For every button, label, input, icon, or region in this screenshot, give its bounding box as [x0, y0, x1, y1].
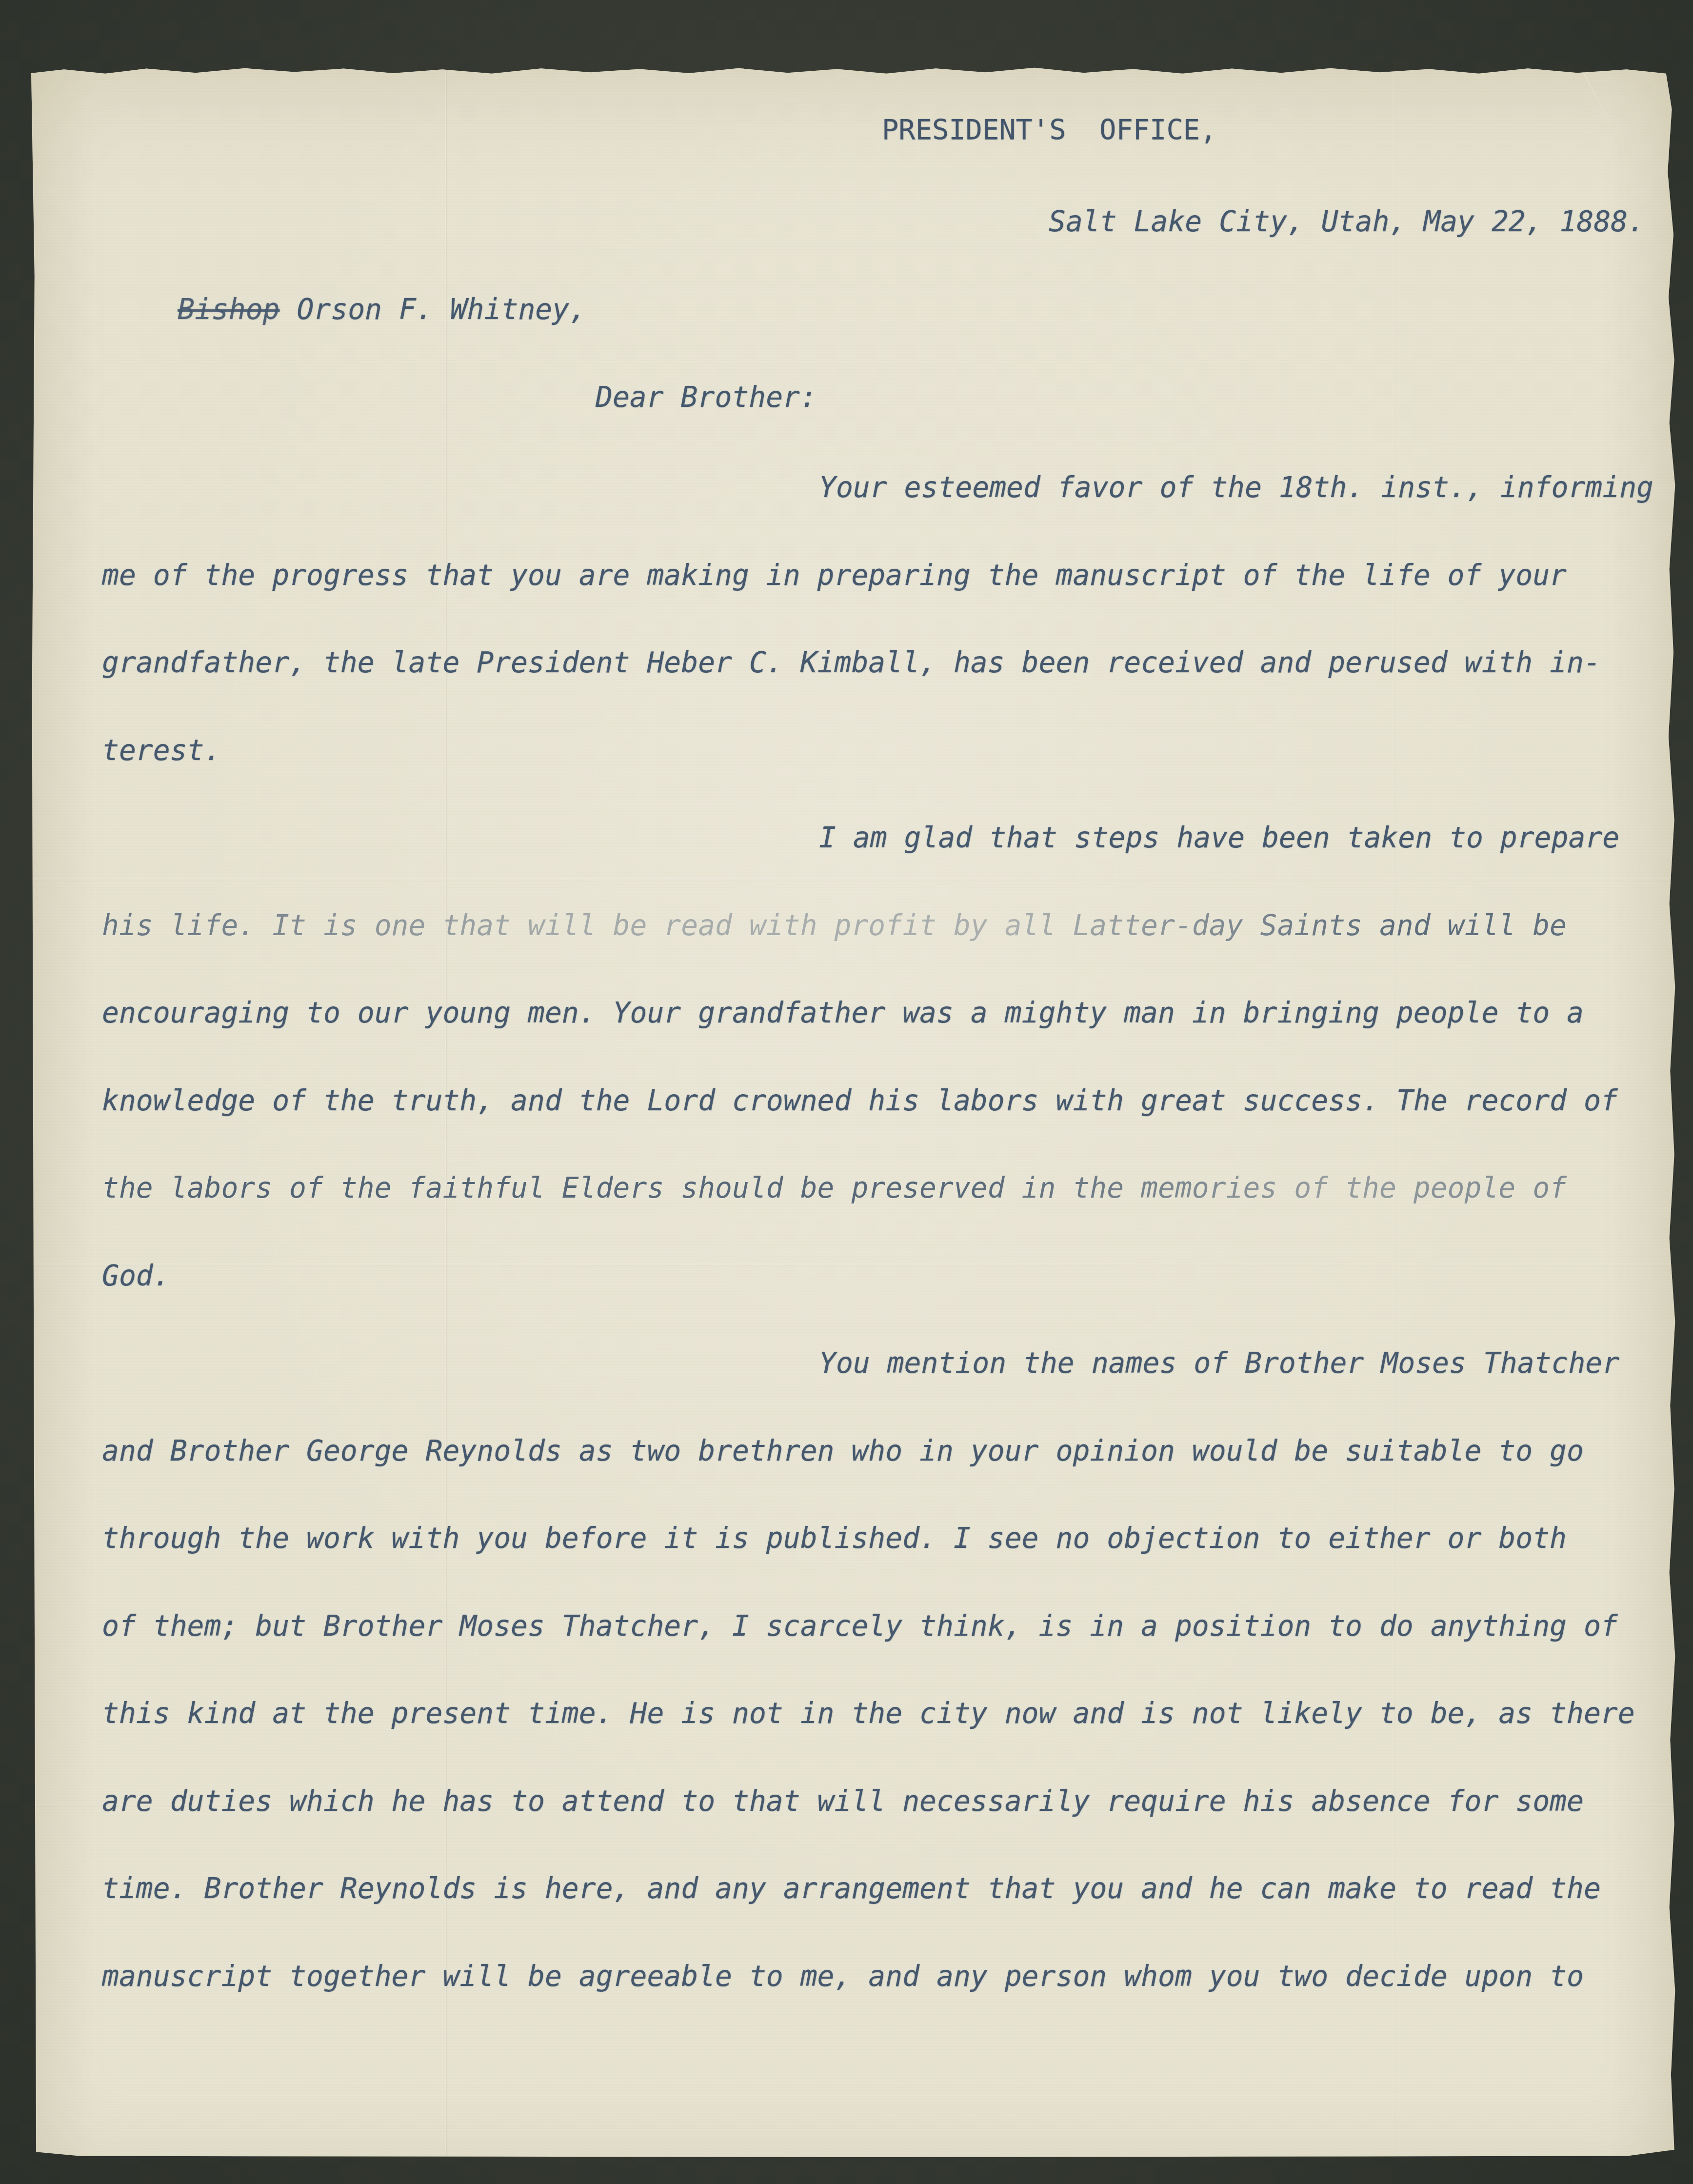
letter-line: me of the progress that you are making i… — [102, 532, 1677, 620]
letter-line: grandfather, the late President Heber C.… — [102, 619, 1677, 707]
struck-word: Bishop — [178, 293, 280, 326]
letter-line: the labors of the faithful Elders should… — [102, 1144, 1677, 1232]
letter-line: his life. It is one that will be read wi… — [102, 882, 1677, 970]
letter-line: manuscript together will be agreeable to… — [102, 1933, 1677, 2021]
letter-line: encouraging to our young men. Your grand… — [102, 969, 1677, 1057]
salutation: Dear Brother: — [596, 381, 817, 414]
recipient-name: Orson F. Whitney, — [280, 293, 587, 326]
wrinkle-mark — [1515, 0, 1613, 126]
letter-line: knowledge of the truth, and the Lord cro… — [102, 1057, 1677, 1145]
letter-line: of them; but Brother Moses Thatcher, I s… — [102, 1583, 1677, 1670]
letter-line: time. Brother Reynolds is here, and any … — [102, 1845, 1677, 1933]
letter-line: You mention the names of Brother Moses T… — [102, 1320, 1677, 1407]
letter-line: God. — [102, 1232, 1677, 1320]
letter-line: and Brother George Reynolds as two breth… — [102, 1407, 1677, 1495]
letter-line: are duties which he has to attend to tha… — [102, 1758, 1677, 1845]
letter-line: I am glad that steps have been taken to … — [102, 794, 1677, 882]
letter-paper: PRESIDENT'S OFFICE, Salt Lake City, Utah… — [31, 67, 1676, 2158]
letter-line: through the work with you before it is p… — [102, 1495, 1677, 1583]
letterhead-dateline: Salt Lake City, Utah, May 22, 1888. — [1049, 205, 1645, 238]
letter-line: Your esteemed favor of the 18th. inst., … — [102, 444, 1677, 532]
letter-line: this kind at the present time. He is not… — [102, 1670, 1677, 1758]
letter-body: Your esteemed favor of the 18th. inst., … — [102, 444, 1677, 2020]
scan-background: { "colors": { "background": "#363a33", "… — [0, 0, 1693, 2184]
letterhead-office: PRESIDENT'S OFFICE, — [882, 114, 1216, 146]
recipient-line: Bishop Orson F. Whitney, — [178, 293, 586, 326]
letter-line: terest. — [102, 707, 1677, 795]
